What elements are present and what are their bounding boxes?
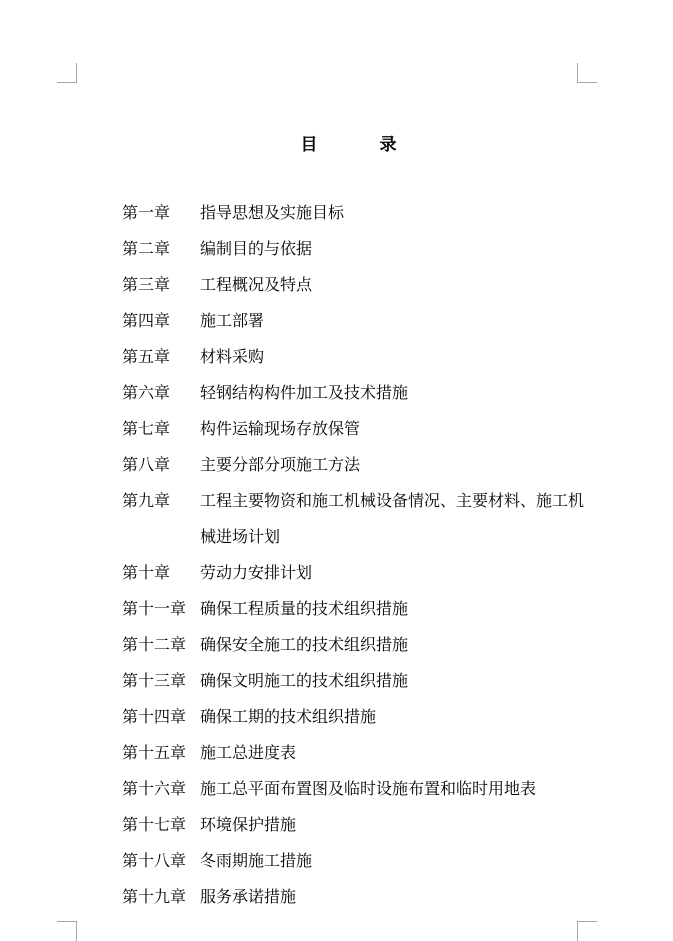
toc-chapter-label: 第十章 (122, 555, 200, 591)
toc-chapter-title: 工程主要物资和施工机械设备情况、主要材料、施工机械进场计划 (200, 483, 592, 555)
toc-entry[interactable]: 第四章施工部署 (122, 303, 592, 339)
toc-entry[interactable]: 第一章指导思想及实施目标 (122, 195, 592, 231)
toc-entry[interactable]: 第七章构件运输现场存放保管 (122, 411, 592, 447)
toc-chapter-label: 第十九章 (122, 879, 200, 915)
toc-chapter-label: 第一章 (122, 195, 200, 231)
toc-chapter-label: 第十一章 (122, 591, 200, 627)
toc-entry[interactable]: 第六章轻钢结构构件加工及技术措施 (122, 375, 592, 411)
toc-chapter-title: 材料采购 (200, 339, 592, 375)
toc-chapter-label: 第九章 (122, 483, 200, 519)
toc-chapter-title: 劳动力安排计划 (200, 555, 592, 591)
toc-chapter-label: 第七章 (122, 411, 200, 447)
title-char-1: 目 (301, 130, 318, 155)
toc-entry[interactable]: 第九章工程主要物资和施工机械设备情况、主要材料、施工机械进场计划 (122, 483, 592, 555)
toc-chapter-label: 第十七章 (122, 807, 200, 843)
toc-chapter-label: 第十三章 (122, 663, 200, 699)
toc-chapter-label: 第十五章 (122, 735, 200, 771)
toc-chapter-title: 轻钢结构构件加工及技术措施 (200, 375, 592, 411)
toc-entry[interactable]: 第八章主要分部分项施工方法 (122, 447, 592, 483)
toc-entry[interactable]: 第十四章确保工期的技术组织措施 (122, 699, 592, 735)
toc-entry[interactable]: 第五章材料采购 (122, 339, 592, 375)
toc-chapter-label: 第四章 (122, 303, 200, 339)
page-corner-mark-bottom-left (57, 921, 77, 941)
toc-chapter-label: 第六章 (122, 375, 200, 411)
toc-chapter-title: 施工部署 (200, 303, 592, 339)
toc-entry[interactable]: 第二章编制目的与依据 (122, 231, 592, 267)
toc-chapter-title: 编制目的与依据 (200, 231, 592, 267)
toc-chapter-title: 施工总进度表 (200, 735, 592, 771)
toc-chapter-label: 第五章 (122, 339, 200, 375)
toc-chapter-title: 施工总平面布置图及临时设施布置和临时用地表 (200, 771, 592, 807)
toc-chapter-title: 确保安全施工的技术组织措施 (200, 627, 592, 663)
title-char-2: 录 (380, 130, 397, 155)
toc-chapter-title: 确保工程质量的技术组织措施 (200, 591, 592, 627)
toc-entry[interactable]: 第十八章冬雨期施工措施 (122, 843, 592, 879)
toc-chapter-title: 构件运输现场存放保管 (200, 411, 592, 447)
page-corner-mark-top-left (57, 63, 77, 83)
page-corner-mark-bottom-right (577, 921, 597, 941)
toc-entry[interactable]: 第十九章服务承诺措施 (122, 879, 592, 915)
toc-entry[interactable]: 第十一章确保工程质量的技术组织措施 (122, 591, 592, 627)
toc-chapter-title: 指导思想及实施目标 (200, 195, 592, 231)
toc-entry[interactable]: 第十六章施工总平面布置图及临时设施布置和临时用地表 (122, 771, 592, 807)
toc-chapter-label: 第八章 (122, 447, 200, 483)
toc-entry[interactable]: 第三章工程概况及特点 (122, 267, 592, 303)
page-corner-mark-top-right (577, 63, 597, 83)
toc-chapter-title: 确保文明施工的技术组织措施 (200, 663, 592, 699)
toc-entry[interactable]: 第十五章施工总进度表 (122, 735, 592, 771)
toc-chapter-label: 第十六章 (122, 771, 200, 807)
toc-chapter-title: 服务承诺措施 (200, 879, 592, 915)
toc-chapter-title: 环境保护措施 (200, 807, 592, 843)
toc-entry[interactable]: 第十七章环境保护措施 (122, 807, 592, 843)
toc-chapter-title: 工程概况及特点 (200, 267, 592, 303)
toc-entry[interactable]: 第十三章确保文明施工的技术组织措施 (122, 663, 592, 699)
table-of-contents: 第一章指导思想及实施目标 第二章编制目的与依据 第三章工程概况及特点 第四章施工… (122, 195, 592, 915)
toc-chapter-title: 确保工期的技术组织措施 (200, 699, 592, 735)
toc-chapter-title: 主要分部分项施工方法 (200, 447, 592, 483)
toc-chapter-title: 冬雨期施工措施 (200, 843, 592, 879)
toc-chapter-label: 第十八章 (122, 843, 200, 879)
toc-chapter-label: 第三章 (122, 267, 200, 303)
toc-entry[interactable]: 第十章劳动力安排计划 (122, 555, 592, 591)
toc-chapter-label: 第十四章 (122, 699, 200, 735)
toc-chapter-label: 第十二章 (122, 627, 200, 663)
page-title: 目录 (0, 130, 673, 155)
toc-chapter-label: 第二章 (122, 231, 200, 267)
toc-entry[interactable]: 第十二章确保安全施工的技术组织措施 (122, 627, 592, 663)
